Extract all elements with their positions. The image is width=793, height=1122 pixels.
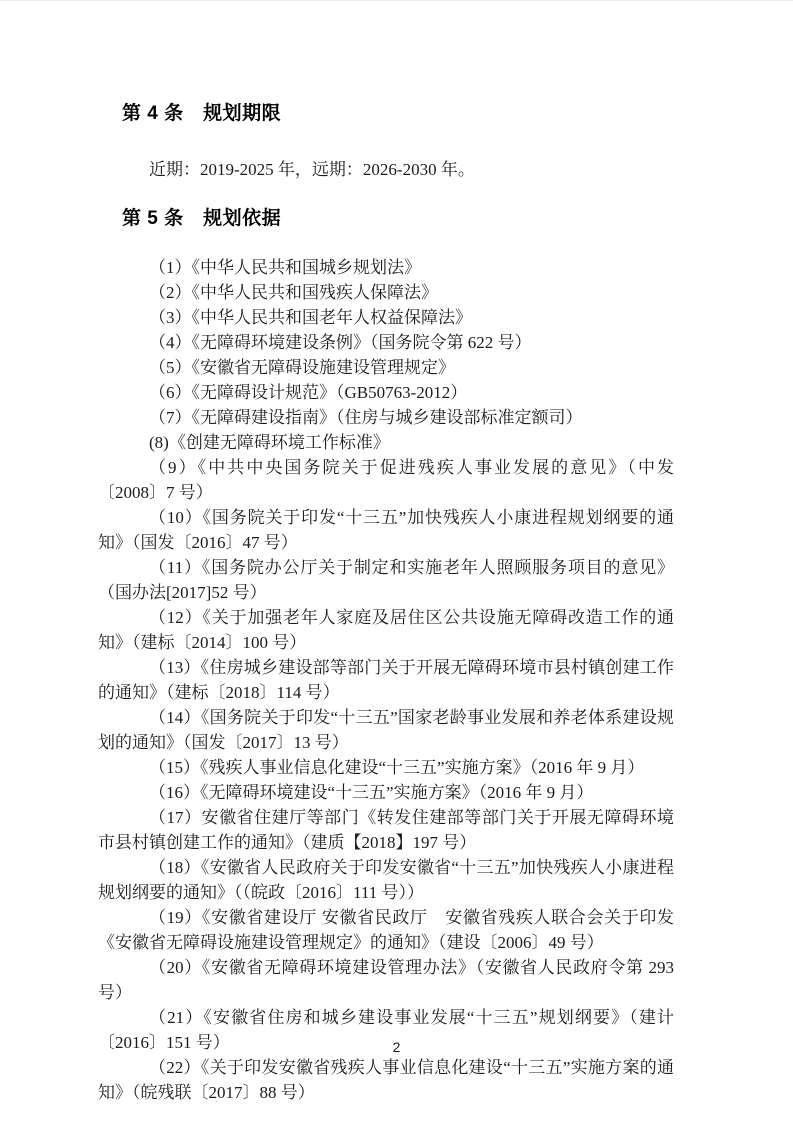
article-4-paragraph: 近期：2019-2025 年，远期：2026-2030 年。 xyxy=(98,157,674,182)
document-page: 第 4 条 规划期限 近期：2019-2025 年，远期：2026-2030 年… xyxy=(0,0,793,1122)
list-item: （10）《国务院关于印发“十三五”加快残疾人小康进程规划纲要的通知》（国发〔20… xyxy=(98,505,674,555)
article-4-heading: 第 4 条 规划期限 xyxy=(98,100,674,127)
list-item: （2）《中华人民共和国残疾人保障法》 xyxy=(98,280,674,305)
list-item: （19）《安徽省建设厅 安徽省民政厅 安徽省残疾人联合会关于印发《安徽省无障碍设… xyxy=(98,905,674,955)
list-item: （9）《中共中央国务院关于促进残疾人事业发展的意见》（中发〔2008〕7 号） xyxy=(98,455,674,505)
list-item: （16）《无障碍环境建设“十三五”实施方案》（2016 年 9 月） xyxy=(98,780,674,805)
list-item: （18）《安徽省人民政府关于印发安徽省“十三五”加快残疾人小康进程规划纲要的通知… xyxy=(98,855,674,905)
list-item: （1）《中华人民共和国城乡规划法》 xyxy=(98,255,674,280)
page-content: 第 4 条 规划期限 近期：2019-2025 年，远期：2026-2030 年… xyxy=(98,1,674,1105)
list-item: （7）《无障碍建设指南》（住房与城乡建设部标准定额司） xyxy=(98,405,674,430)
list-item: （14）《国务院关于印发“十三五”国家老龄事业发展和养老体系建设规划的通知》（国… xyxy=(98,705,674,755)
list-item: （12）《关于加强老年人家庭及居住区公共设施无障碍改造工作的通知》（建标〔201… xyxy=(98,605,674,655)
reference-list: （1）《中华人民共和国城乡规划法》 （2）《中华人民共和国残疾人保障法》 （3）… xyxy=(98,255,674,1105)
list-item: （11）《国务院办公厅关于制定和实施老年人照顾服务项目的意见》（国办法[2017… xyxy=(98,555,674,605)
list-item: （5）《安徽省无障碍设施建设管理规定》 xyxy=(98,355,674,380)
list-item: （3）《中华人民共和国老年人权益保障法》 xyxy=(98,305,674,330)
list-item: （22）《关于印发安徽省残疾人事业信息化建设“十三五”实施方案的通知》（皖残联〔… xyxy=(98,1055,674,1105)
list-item: （17）安徽省住建厅等部门《转发住建部等部门关于开展无障碍环境市县村镇创建工作的… xyxy=(98,805,674,855)
list-item: （20）《安徽省无障碍环境建设管理办法》（安徽省人民政府令第 293 号） xyxy=(98,955,674,1005)
list-item: （13）《住房城乡建设部等部门关于开展无障碍环境市县村镇创建工作的通知》（建标〔… xyxy=(98,655,674,705)
list-item: （4）《无障碍环境建设条例》（国务院令第 622 号） xyxy=(98,330,674,355)
list-item: （6）《无障碍设计规范》（GB50763-2012） xyxy=(98,380,674,405)
list-item: （15）《残疾人事业信息化建设“十三五”实施方案》（2016 年 9 月） xyxy=(98,755,674,780)
article-5-heading: 第 5 条 规划依据 xyxy=(98,205,674,232)
page-number: 2 xyxy=(0,1039,793,1055)
list-item: (8)《创建无障碍环境工作标准》 xyxy=(98,430,674,455)
